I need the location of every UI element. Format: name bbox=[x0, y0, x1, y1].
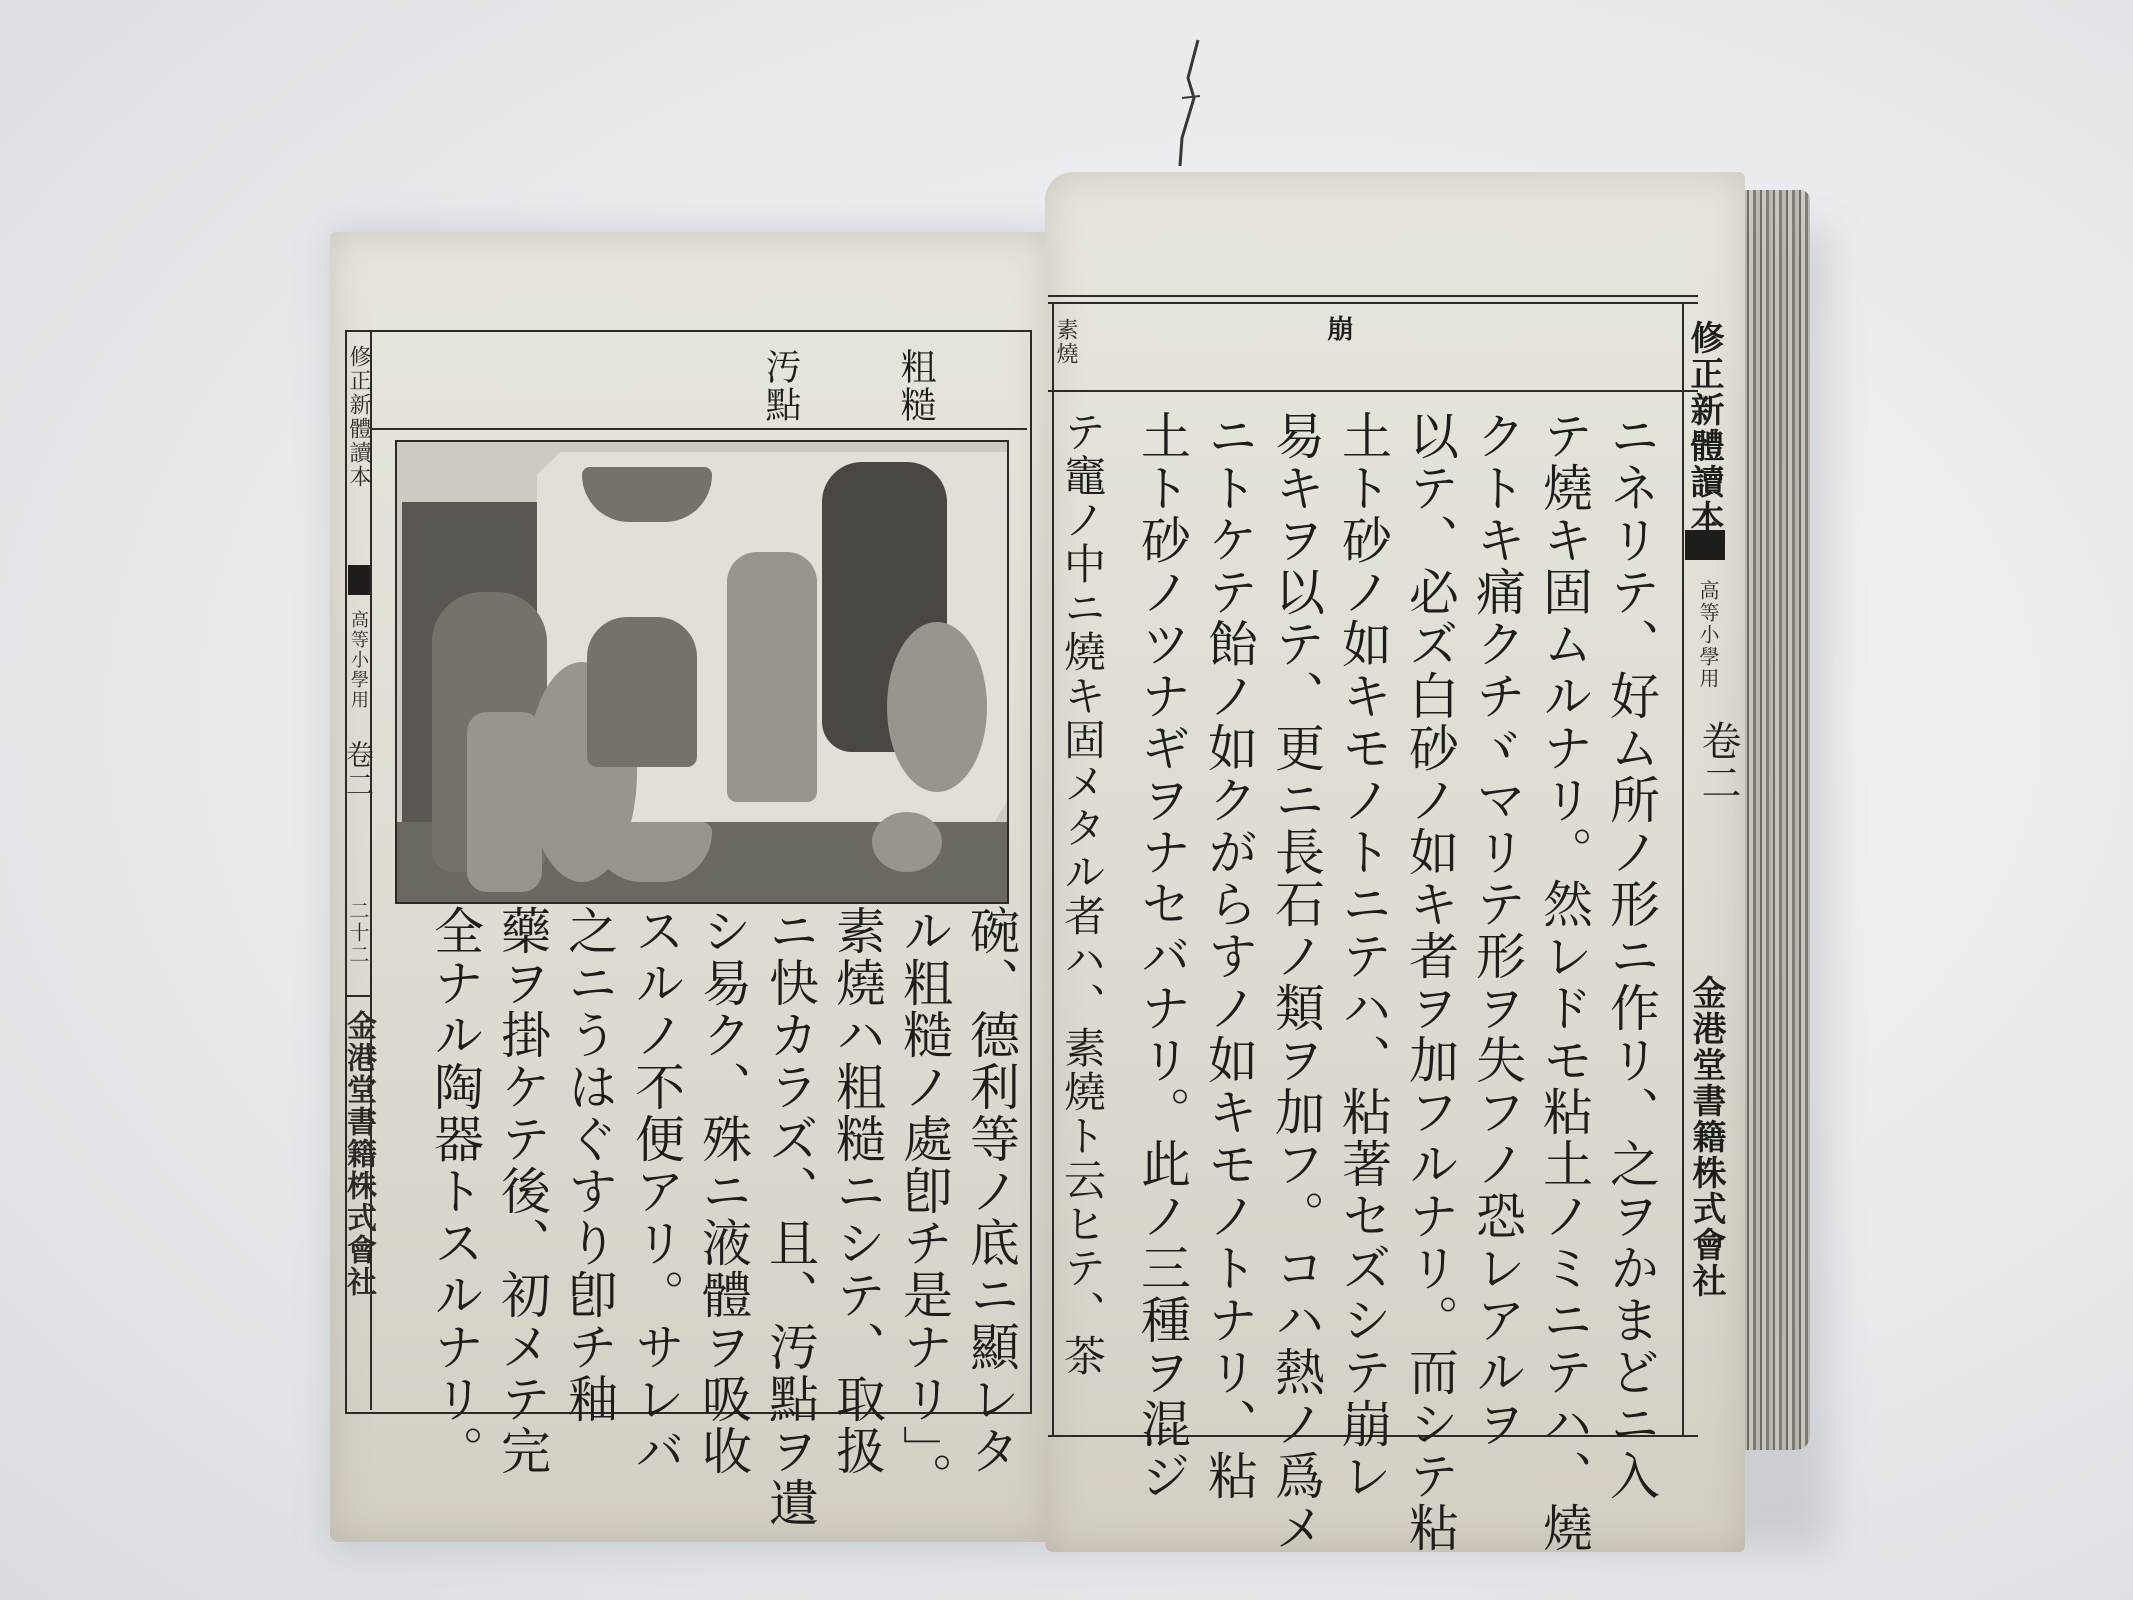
left-body-col-7: 之ニうはぐすり卽チ釉 bbox=[558, 905, 620, 1425]
left-publisher-rule bbox=[347, 995, 371, 997]
left-body-col-1: 碗、德利等ノ底ニ顯レタ bbox=[960, 905, 1022, 1477]
left-body-col-4: ニ快カラズ、且、汚點ヲ遺 bbox=[759, 905, 821, 1529]
left-margin-publisher: 金港堂書籍株式會社 bbox=[343, 1010, 373, 1298]
right-side-divider bbox=[1052, 302, 1054, 1437]
left-margin-title: 修正新體讀本 bbox=[345, 345, 371, 489]
small-vase-drawing bbox=[467, 712, 542, 892]
right-margin-subtitle: 高等小學用 bbox=[1695, 580, 1721, 690]
left-margin-subtitle: 高等小學用 bbox=[345, 610, 371, 710]
page-stack-edge bbox=[1740, 190, 1810, 1450]
left-margin-page-number: 二十二 bbox=[345, 900, 371, 966]
left-body-col-3: 素燒ハ粗糙ニシテ、取扱 bbox=[826, 905, 888, 1477]
right-body-col-5: 土ト砂ノ如キモノトニテハ、粘著セズシテ崩レ bbox=[1332, 410, 1394, 1502]
cup-stand-drawing bbox=[587, 617, 697, 767]
caption-rough: 粗糙 bbox=[895, 348, 935, 424]
pottery-illustration bbox=[395, 440, 1009, 904]
right-body-col-3: クトキ痛クチヾマリテ形ヲ失フノ恐レアルヲ bbox=[1466, 410, 1528, 1450]
right-margin-title: 修正新體讀本 bbox=[1686, 320, 1722, 536]
bottle-drawing bbox=[727, 552, 817, 802]
right-margin-publisher: 金港堂書籍株式會社 bbox=[1688, 975, 1724, 1299]
left-caption-bottom-rule bbox=[372, 428, 1027, 430]
left-title-block bbox=[348, 565, 370, 595]
left-body-col-9: 全ナル陶器トスルナリ。 bbox=[424, 905, 486, 1477]
left-body-col-6: スルノ不便アリ。サレバ bbox=[625, 905, 687, 1477]
left-margin-volume: 卷二 bbox=[345, 740, 371, 800]
teapot-drawing bbox=[872, 812, 942, 872]
right-body-col-6: 易キヲ以テ、更ニ長石ノ類ヲ加フ。コハ熱ノ爲メ bbox=[1265, 410, 1327, 1554]
right-body-col-2: テ燒キ固ムルナリ。然レドモ粘土ノミニテハ、燒 bbox=[1533, 410, 1595, 1554]
flask-drawing bbox=[887, 622, 987, 792]
right-body-col-8: 土ト砂ノツナギヲナセバナリ。此ノ三種ヲ混ジ bbox=[1131, 410, 1193, 1502]
binding-thread bbox=[1160, 38, 1220, 168]
left-body-col-2: ル粗糙ノ處卽チ是ナリ」。 bbox=[893, 905, 955, 1504]
right-header-word: 崩 bbox=[1320, 315, 1357, 343]
right-top-rule-2 bbox=[1048, 302, 1698, 304]
left-body-col-5: シ易ク、殊ニ液體ヲ吸收 bbox=[692, 905, 754, 1477]
caption-stain: 汚點 bbox=[760, 348, 800, 424]
right-side-label: 素燒 bbox=[1052, 318, 1078, 366]
right-header-bottom-rule bbox=[1048, 390, 1698, 392]
left-body-col-8: 藥ヲ掛ケテ後、初メテ完 bbox=[491, 905, 553, 1477]
right-body-col-9: テ竈ノ中ニ燒キ固メタル者ハ、素燒ト云ヒテ、茶 bbox=[1058, 410, 1106, 1378]
right-top-rule-1 bbox=[1048, 295, 1698, 297]
right-margin-volume: 卷二 bbox=[1690, 720, 1747, 804]
right-body-col-7: ニトケテ飴ノ如クがらすノ如キモノトナリ、粘 bbox=[1198, 410, 1260, 1502]
right-body-col-4: 以テ、必ズ白砂ノ如キ者ヲ加フルナリ。而シテ粘 bbox=[1399, 410, 1461, 1554]
right-body-col-1: ニネリテ、好ム所ノ形ニ作リ、之ヲかまどニ入 bbox=[1600, 410, 1662, 1502]
